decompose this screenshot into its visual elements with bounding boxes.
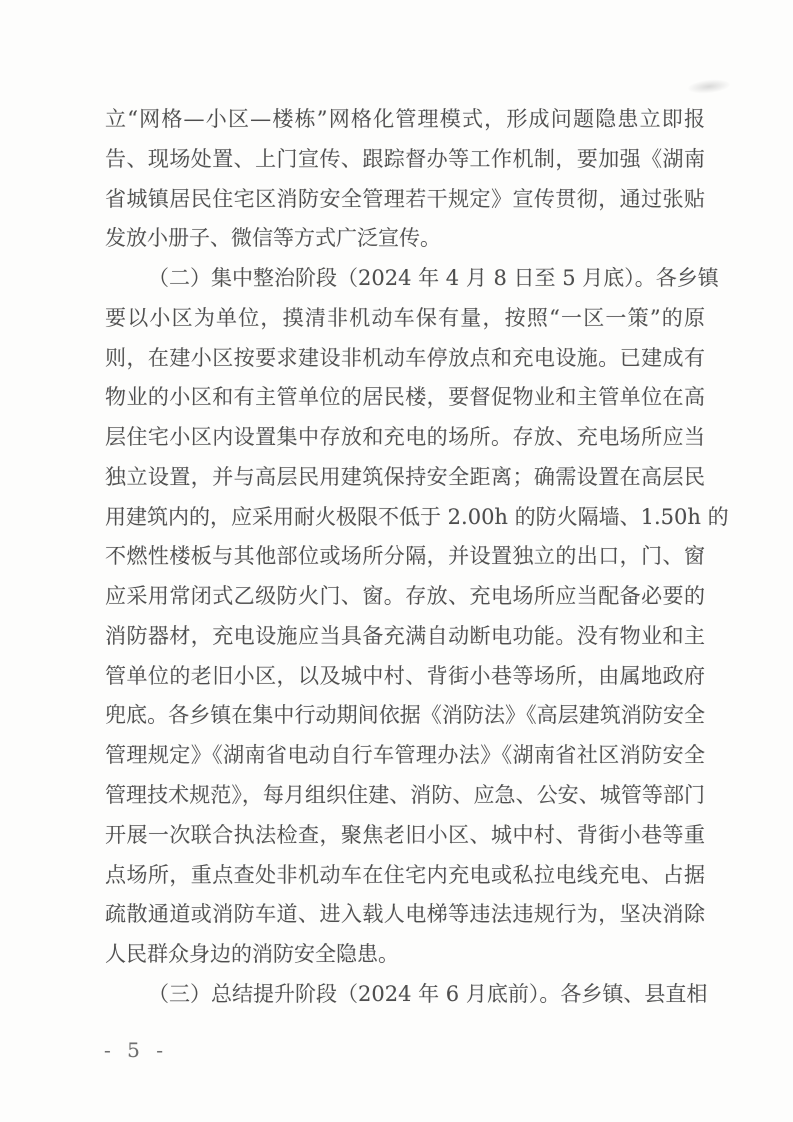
text-line: 管单位的老旧小区，以及城中村、背街小巷等场所，由属地政府 [105, 657, 705, 697]
text-line: 管理技术规范》，每月组织住建、消防、应急、公安、城管等部门 [105, 776, 705, 816]
text-line: 不燃性楼板与其他部位或场所分隔，并设置独立的出口，门、窗 [105, 537, 705, 577]
text-line: 开展一次联合执法检查，聚焦老旧小区、城中村、背街小巷等重 [105, 816, 705, 856]
text-line: 用建筑内的，应采用耐火极限不低于 2.00h 的防火隔墙、1.50h 的 [105, 498, 705, 538]
text-line: 管理规定》《湖南省电动自行车管理办法》《湖南省社区消防安全 [105, 736, 705, 776]
text-line: 层住宅小区内设置集中存放和充电的场所。存放、充电场所应当 [105, 418, 705, 458]
text-line: 要以小区为单位，摸清非机动车保有量，按照“一区一策”的原 [105, 299, 705, 339]
text-line: （二）集中整治阶段（2024 年 4 月 8 日至 5 月底）。各乡镇 [105, 259, 705, 299]
text-line: （三）总结提升阶段（2024 年 6 月底前）。各乡镇、县直相 [105, 975, 705, 1015]
document-page: 立“网格—小区—楼栋”网格化管理模式，形成问题隐患立即报告、现场处置、上门宣传、… [0, 0, 793, 1122]
text-line: 告、现场处置、上门宣传、跟踪督办等工作机制，要加强《湖南 [105, 140, 705, 180]
text-line: 点场所，重点查处非机动车在住宅内充电或私拉电线充电、占据 [105, 856, 705, 896]
text-line: 独立设置，并与高层民用建筑保持安全距离；确需设置在高层民 [105, 458, 705, 498]
text-line: 物业的小区和有主管单位的居民楼，要督促物业和主管单位在高 [105, 378, 705, 418]
text-line: 省城镇居民住宅区消防安全管理若干规定》宣传贯彻，通过张贴 [105, 180, 705, 220]
text-line: 人民群众身边的消防安全隐患。 [105, 935, 705, 975]
document-body-text: 立“网格—小区—楼栋”网格化管理模式，形成问题隐患立即报告、现场处置、上门宣传、… [105, 100, 705, 1015]
page-number: - 5 - [104, 1038, 168, 1062]
scan-smudge-artifact [687, 78, 730, 95]
text-line: 应采用常闭式乙级防火门、窗。存放、充电场所应当配备必要的 [105, 577, 705, 617]
text-line: 消防器材，充电设施应当具备充满自动断电功能。没有物业和主 [105, 617, 705, 657]
text-line: 兜底。各乡镇在集中行动期间依据《消防法》《高层建筑消防安全 [105, 696, 705, 736]
text-line: 则，在建小区按要求建设非机动车停放点和充电设施。已建成有 [105, 339, 705, 379]
text-line: 疏散通道或消防车道、进入载人电梯等违法违规行为，坚决消除 [105, 895, 705, 935]
text-line: 立“网格—小区—楼栋”网格化管理模式，形成问题隐患立即报 [105, 100, 705, 140]
text-line: 发放小册子、微信等方式广泛宣传。 [105, 219, 705, 259]
